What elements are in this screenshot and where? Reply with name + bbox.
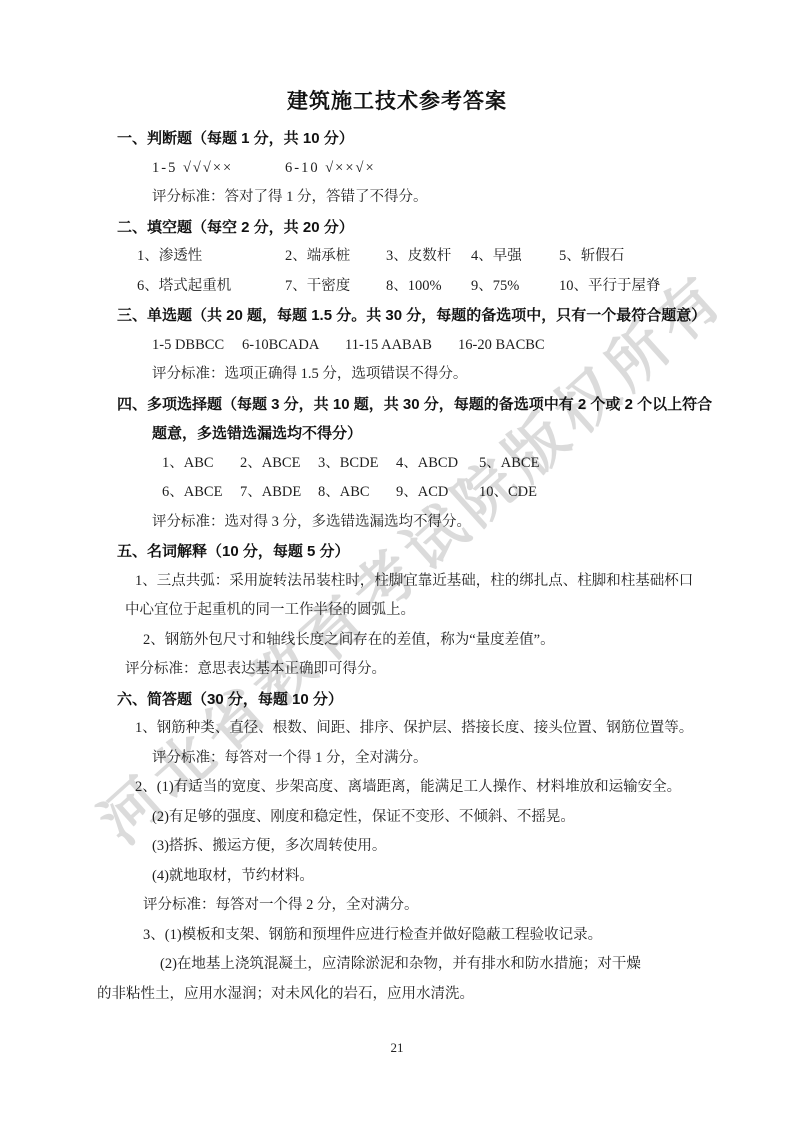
- fill-answer-10: 10、平行于屋脊: [559, 277, 661, 296]
- multi-answer-9: 9、ACD: [396, 483, 479, 502]
- section-4-heading-line-1: 四、多项选择题（每题 3 分，共 10 题，共 30 分，每题的备选项中有 2 …: [117, 395, 677, 414]
- fill-answer-3: 3、皮数杆: [386, 247, 471, 266]
- section-4-heading-line-2: 题意，多选错选漏选均不得分）: [152, 424, 677, 443]
- fill-answer-7: 7、干密度: [285, 277, 386, 296]
- fill-answer-5: 5、斩假石: [559, 247, 624, 266]
- section-1-heading: 一、判断题（每题 1 分，共 10 分）: [117, 129, 677, 148]
- multi-answer-5: 5、ABCE: [479, 454, 557, 473]
- section-6-q2-item-2: (2)有足够的强度、刚度和稳定性，保证不变形、不倾斜、不摇晃。: [152, 808, 677, 827]
- multi-answer-7: 7、ABDE: [240, 483, 318, 502]
- multi-answer-6: 6、ABCE: [162, 483, 240, 502]
- section-3-scoring-note: 评分标准：选项正确得 1.5 分，选项错误不得分。: [152, 365, 677, 384]
- section-1-answers-row: 1-5 √√√×× 6-10 √××√×: [152, 159, 677, 178]
- fill-answer-1: 1、渗透性: [137, 247, 285, 266]
- section-6-q2-item-1: 2、(1)有适当的宽度、步架高度、离墙距离，能满足工人操作、材料堆放和运输安全。: [135, 778, 677, 797]
- document-page: 河北省教育考试院版权所有 建筑施工技术参考答案 一、判断题（每题 1 分，共 1…: [0, 0, 794, 1123]
- multi-answer-4: 4、ABCD: [396, 454, 479, 473]
- section-4-answers-row-1: 1、ABC 2、ABCE 3、BCDE 4、ABCD 5、ABCE: [162, 454, 677, 473]
- section-2-answers-row-1: 1、渗透性 2、端承桩 3、皮数杆 4、早强 5、斩假石: [137, 247, 677, 266]
- fill-answer-2: 2、端承桩: [285, 247, 386, 266]
- judgment-answers-1-5: 1-5 √√√××: [152, 159, 285, 178]
- fill-answer-6: 6、塔式起重机: [137, 277, 285, 296]
- single-answers-11-15: 11-15 AABAB: [345, 336, 458, 355]
- fill-answer-8: 8、100%: [386, 277, 471, 296]
- section-3-answers-row: 1-5 DBBCC 6-10BCADA 11-15 AABAB 16-20 BA…: [152, 336, 677, 355]
- section-4-answers-row-2: 6、ABCE 7、ABDE 8、ABC 9、ACD 10、CDE: [162, 483, 677, 502]
- section-6-q3-line-3: 的非粘性土，应用水湿润；对未风化的岩石，应用水清洗。: [97, 985, 677, 1004]
- fill-answer-4: 4、早强: [471, 247, 559, 266]
- section-2-answers-row-2: 6、塔式起重机 7、干密度 8、100% 9、75% 10、平行于屋脊: [137, 277, 677, 296]
- section-6-q2-item-3: (3)搭拆、搬运方便，多次周转使用。: [152, 837, 677, 856]
- section-6-q2-item-4: (4)就地取材，节约材料。: [152, 867, 677, 886]
- section-6-q1-scoring-note: 评分标准：每答对一个得 1 分，全对满分。: [152, 749, 677, 768]
- section-3-heading: 三、单选题（共 20 题，每题 1.5 分。共 30 分，每题的备选项中，只有一…: [117, 306, 677, 325]
- section-6-q3-line-1: 3、(1)模板和支架、钢筋和预埋件应进行检查并做好隐蔽工程验收记录。: [143, 926, 677, 945]
- page-number: 21: [0, 1040, 794, 1056]
- page-title: 建筑施工技术参考答案: [117, 88, 677, 116]
- section-6-q2-scoring-note: 评分标准：每答对一个得 2 分，全对满分。: [143, 896, 677, 915]
- section-2-heading: 二、填空题（每空 2 分，共 20 分）: [117, 218, 677, 237]
- section-5-scoring-note: 评分标准：意思表达基本正确即可得分。: [125, 660, 677, 679]
- section-1-scoring-note: 评分标准：答对了得 1 分，答错了不得分。: [152, 188, 677, 207]
- section-4-scoring-note: 评分标准：选对得 3 分，多选错选漏选均不得分。: [152, 513, 677, 532]
- multi-answer-3: 3、BCDE: [318, 454, 396, 473]
- section-6-heading: 六、简答题（30 分，每题 10 分）: [117, 690, 677, 709]
- multi-answer-10: 10、CDE: [479, 483, 557, 502]
- section-6-q3-line-2: (2)在地基上浇筑混凝土，应清除淤泥和杂物，并有排水和防水措施；对干燥: [160, 955, 677, 974]
- section-5-item-1-line-1: 1、三点共弧：采用旋转法吊装柱时，柱脚宜靠近基础，柱的绑扎点、柱脚和柱基础杯口: [135, 572, 677, 591]
- single-answers-16-20: 16-20 BACBC: [458, 336, 545, 355]
- judgment-answers-6-10: 6-10 √××√×: [285, 159, 376, 178]
- multi-answer-8: 8、ABC: [318, 483, 396, 502]
- single-answers-6-10: 6-10BCADA: [242, 336, 345, 355]
- multi-answer-1: 1、ABC: [162, 454, 240, 473]
- document-content: 建筑施工技术参考答案 一、判断题（每题 1 分，共 10 分） 1-5 √√√×…: [117, 88, 677, 1004]
- fill-answer-9: 9、75%: [471, 277, 559, 296]
- multi-answer-2: 2、ABCE: [240, 454, 318, 473]
- section-5-item-2: 2、钢筋外包尺寸和轴线长度之间存在的差值，称为“量度差值”。: [143, 631, 677, 650]
- section-5-item-1-line-2: 中心宜位于起重机的同一工作半径的圆弧上。: [125, 601, 677, 620]
- section-6-q1-answer: 1、钢筋种类、直径、根数、间距、排序、保护层、搭接长度、接头位置、钢筋位置等。: [135, 719, 677, 738]
- single-answers-1-5: 1-5 DBBCC: [152, 336, 242, 355]
- section-5-heading: 五、名词解释（10 分，每题 5 分）: [117, 542, 677, 561]
